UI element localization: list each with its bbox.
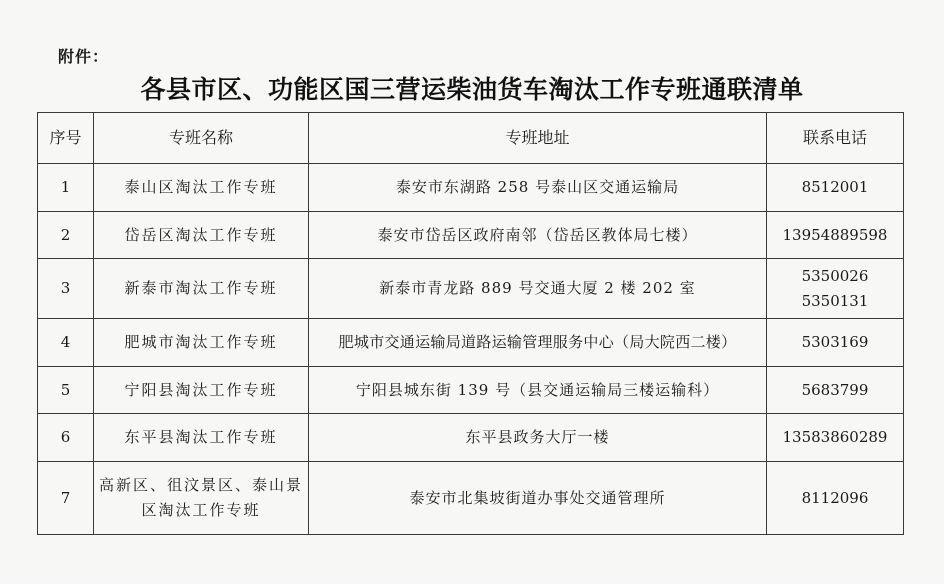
header-name: 专班名称 <box>94 113 309 164</box>
phone-number: 5350131 <box>769 289 901 314</box>
table-row: 5 宁阳县淘汰工作专班 宁阳县城东街 139 号（县交通运输局三楼运输科） 56… <box>38 367 904 414</box>
header-phone: 联系电话 <box>767 113 904 164</box>
table-header-row: 序号 专班名称 专班地址 联系电话 <box>38 113 904 164</box>
row-phone: 13583860289 <box>767 414 904 462</box>
row-index: 5 <box>38 367 94 414</box>
header-index: 序号 <box>38 113 94 164</box>
table-row: 7 高新区、徂汶景区、泰山景 区淘汰工作专班 泰安市北集坡街道办事处交通管理所 … <box>38 462 904 535</box>
row-address: 泰安市岱岳区政府南邻（岱岳区教体局七楼） <box>309 212 767 259</box>
contact-table: 序号 专班名称 专班地址 联系电话 1 泰山区淘汰工作专班 泰安市东湖路 258… <box>37 112 904 535</box>
row-name: 新泰市淘汰工作专班 <box>94 259 309 319</box>
attachment-label: 附件： <box>58 44 109 67</box>
row-index: 3 <box>38 259 94 319</box>
row-phone: 5683799 <box>767 367 904 414</box>
table-row: 3 新泰市淘汰工作专班 新泰市青龙路 889 号交通大厦 2 楼 202 室 5… <box>38 259 904 319</box>
phone-number: 5350026 <box>769 264 901 289</box>
row-address: 新泰市青龙路 889 号交通大厦 2 楼 202 室 <box>309 259 767 319</box>
row-name: 肥城市淘汰工作专班 <box>94 319 309 367</box>
row-phone: 8512001 <box>767 164 904 212</box>
row-phone: 8112096 <box>767 462 904 535</box>
phone-number: 5683799 <box>769 378 901 403</box>
row-index: 4 <box>38 319 94 367</box>
table-row: 2 岱岳区淘汰工作专班 泰安市岱岳区政府南邻（岱岳区教体局七楼） 1395488… <box>38 212 904 259</box>
phone-number: 5303169 <box>769 330 901 355</box>
phone-number: 13954889598 <box>769 223 901 248</box>
row-phone: 13954889598 <box>767 212 904 259</box>
row-name: 高新区、徂汶景区、泰山景 区淘汰工作专班 <box>94 462 309 535</box>
document-title: 各县市区、功能区国三营运柴油货车淘汰工作专班通联清单 <box>0 70 944 106</box>
row-address: 泰安市北集坡街道办事处交通管理所 <box>309 462 767 535</box>
row-index: 1 <box>38 164 94 212</box>
row-address: 东平县政务大厅一楼 <box>309 414 767 462</box>
row-name-line: 高新区、徂汶景区、泰山景 <box>96 473 306 498</box>
phone-number: 8512001 <box>769 175 901 200</box>
row-phone: 5350026 5350131 <box>767 259 904 319</box>
row-address: 泰安市东湖路 258 号泰山区交通运输局 <box>309 164 767 212</box>
row-index: 2 <box>38 212 94 259</box>
row-name-line: 区淘汰工作专班 <box>96 498 306 523</box>
row-address: 宁阳县城东街 139 号（县交通运输局三楼运输科） <box>309 367 767 414</box>
row-index: 7 <box>38 462 94 535</box>
row-name: 泰山区淘汰工作专班 <box>94 164 309 212</box>
row-phone: 5303169 <box>767 319 904 367</box>
phone-number: 13583860289 <box>769 425 901 450</box>
row-index: 6 <box>38 414 94 462</box>
table-row: 4 肥城市淘汰工作专班 肥城市交通运输局道路运输管理服务中心（局大院西二楼） 5… <box>38 319 904 367</box>
header-address: 专班地址 <box>309 113 767 164</box>
table-row: 6 东平县淘汰工作专班 东平县政务大厅一楼 13583860289 <box>38 414 904 462</box>
phone-number: 8112096 <box>769 486 901 511</box>
row-name: 岱岳区淘汰工作专班 <box>94 212 309 259</box>
row-name: 东平县淘汰工作专班 <box>94 414 309 462</box>
table-row: 1 泰山区淘汰工作专班 泰安市东湖路 258 号泰山区交通运输局 8512001 <box>38 164 904 212</box>
row-address: 肥城市交通运输局道路运输管理服务中心（局大院西二楼） <box>309 319 767 367</box>
row-name: 宁阳县淘汰工作专班 <box>94 367 309 414</box>
